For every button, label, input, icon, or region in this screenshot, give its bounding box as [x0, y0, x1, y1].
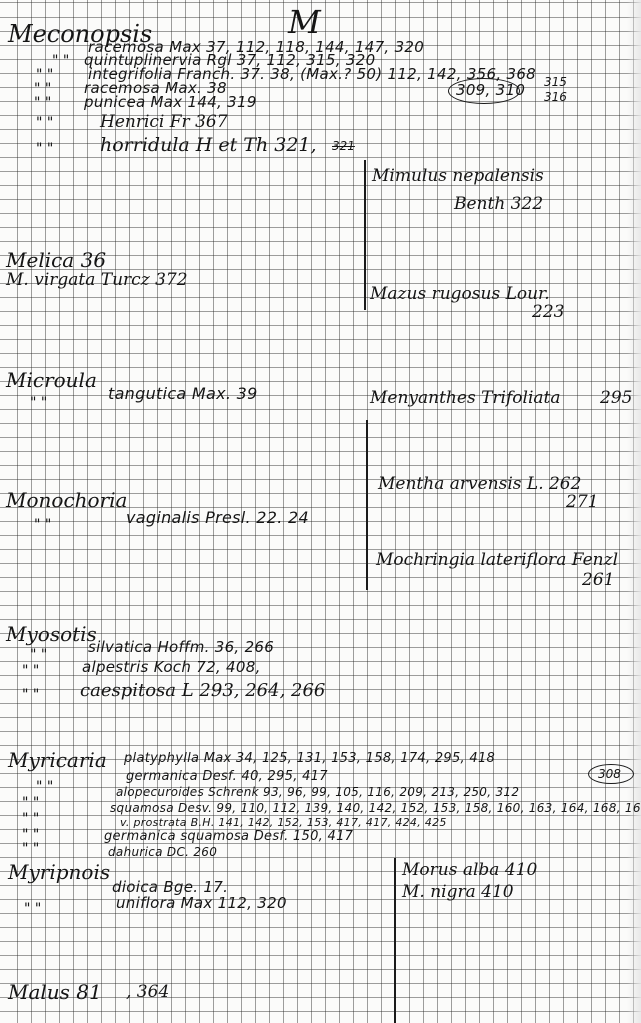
species-entry: dioica Bge. 17.: [112, 880, 228, 895]
genus-label: Microula: [6, 370, 97, 390]
right-entry-name: Menyanthes Trifoliata: [370, 390, 560, 407]
page-reference: , 364: [126, 984, 169, 1001]
ditto-mark: " ": [22, 828, 39, 842]
bracket-line: [394, 858, 396, 1023]
ditto-mark: " ": [34, 518, 51, 532]
genus-label: Melica 36: [6, 250, 106, 270]
ditto-mark: " ": [36, 142, 53, 156]
ditto-mark: " ": [36, 68, 53, 82]
right-entry-ref: 271: [566, 494, 598, 511]
species-entry: horridula H et Th 321,: [100, 136, 317, 155]
ditto-mark: " ": [36, 780, 53, 794]
right-entry-name: M. nigra 410: [402, 884, 514, 901]
genus-label: Myosotis: [6, 624, 97, 644]
right-entry-ref: 261: [582, 572, 614, 589]
ditto-mark: " ": [34, 96, 51, 110]
right-entry-ref: 295: [600, 390, 632, 407]
circled-numbers-text: 309, 310: [456, 83, 525, 98]
bracket-line: [366, 420, 368, 590]
species-entry: punicea Max 144, 319: [84, 95, 257, 110]
species-entry: vaginalis Presl. 22. 24: [126, 510, 309, 526]
right-entry-name: Mimulus nepalensis: [372, 168, 544, 185]
struck-number: 321: [332, 140, 355, 152]
ditto-mark: " ": [36, 116, 53, 130]
genus-label: Myripnois: [8, 862, 110, 882]
species-entry: silvatica Hoffm. 36, 266: [88, 640, 274, 655]
circled-note-text: 308: [598, 768, 621, 780]
genus-label: Monochoria: [6, 490, 127, 510]
species-entry: germanica squamosa Desf. 150, 417: [104, 830, 353, 843]
ditto-mark: " ": [22, 812, 39, 826]
ditto-mark: " ": [22, 796, 39, 810]
page-edge-shadow: [627, 0, 641, 1023]
species-entry: M. virgata Turcz 372: [6, 272, 188, 289]
species-entry: uniflora Max 112, 320: [116, 896, 287, 911]
species-entry: tangutica Max. 39: [108, 386, 258, 402]
species-entry: alopecuroides Schrenk 93, 96, 99, 105, 1…: [116, 786, 519, 798]
ditto-mark: " ": [30, 648, 47, 662]
right-entry-name: Mazus rugosus Lour.: [370, 286, 550, 303]
right-entry-name: Mentha arvensis L. 262: [378, 476, 581, 493]
species-entry: platyphylla Max 34, 125, 131, 153, 158, …: [124, 752, 495, 765]
right-entry-ref: Benth 322: [454, 196, 543, 213]
species-entry: alpestris Koch 72, 408,: [82, 660, 261, 675]
right-entry-name: Mochringia lateriflora Fenzl: [376, 552, 618, 569]
genus-label: Malus 81: [8, 982, 102, 1002]
page-letter-heading: M: [288, 6, 321, 38]
bracket-line: [364, 160, 366, 310]
right-entry-name: Morus alba 410: [402, 862, 537, 879]
ditto-mark: " ": [22, 688, 39, 702]
margin-number: 316: [544, 91, 567, 103]
genus-label: Myricaria: [8, 750, 107, 770]
species-entry: caespitosa L 293, 264, 266: [80, 682, 325, 700]
ditto-mark: " ": [22, 842, 39, 856]
ditto-mark: " ": [34, 82, 51, 96]
ditto-mark: " ": [52, 54, 69, 68]
species-entry: dahurica DC. 260: [108, 846, 217, 858]
ditto-mark: " ": [24, 902, 41, 916]
species-entry: v. prostrata B.H. 141, 142, 152, 153, 41…: [120, 817, 447, 828]
species-entry: squamosa Desv. 99, 110, 112, 139, 140, 1…: [110, 802, 641, 814]
right-entry-ref: 223: [532, 304, 564, 321]
species-entry: germanica Desf. 40, 295, 417: [126, 770, 328, 783]
ditto-mark: " ": [30, 396, 47, 410]
margin-number: 315: [544, 76, 567, 88]
ditto-mark: " ": [22, 664, 39, 678]
species-entry: Henrici Fr 367: [100, 114, 228, 131]
